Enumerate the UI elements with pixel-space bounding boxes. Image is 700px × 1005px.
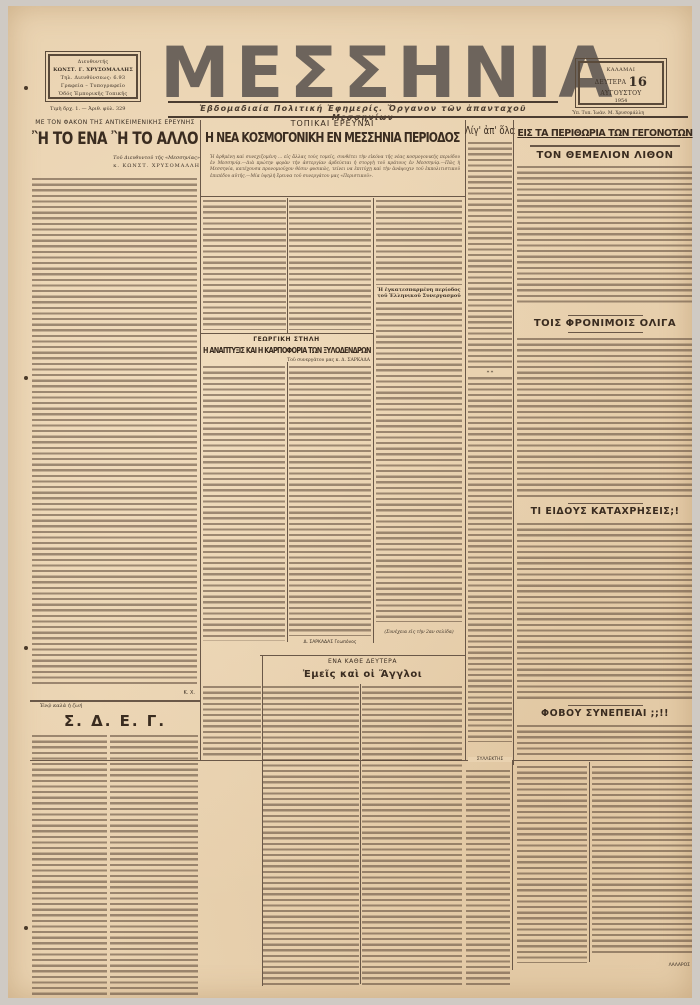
weekly-body-a (263, 686, 359, 986)
masthead-rule-bottom (168, 116, 688, 118)
masthead-title: ΜΕΣΣΗΝΙΑ (160, 42, 560, 104)
column-divider (200, 120, 201, 760)
col4-rule (568, 705, 643, 706)
publisher-phone: Τηλ. Διευθύνσεως: 6.93 (50, 74, 136, 82)
publisher-address: Ὁδός Ἐμπορικῆς Τοπικῆς (50, 90, 136, 98)
masthead-rule (168, 101, 558, 103)
weekly-kicker: ΕΝΑ ΚΑΘΕ ΔΕΥΤΕΡΑ (260, 658, 465, 665)
col2-sub-divider (287, 198, 288, 333)
month: ΑΥΓΟΥΣΤΟΥ (600, 90, 641, 97)
weekly-divider-v (360, 684, 361, 984)
column-divider (512, 760, 513, 970)
col4-rule (568, 332, 643, 333)
col2-lead: Ἡ ἀρθμένη καὶ συνεχιζομένη ... εἰς ἄλλας… (210, 155, 460, 180)
col4-bottom-b (592, 766, 692, 956)
col4-headline-4: ΤΙ ΕΙΔΟΥΣ ΚΑΤΑΧΡΗΣΕΙΣ;! (515, 506, 695, 517)
sdeg-headline: Σ. Δ. Ε. Γ. (60, 712, 170, 730)
col2-sub-divider (373, 198, 374, 643)
issue-price: Τιμὴ δρχ. 1. — Ἀριθ. φύλ. 329 (50, 106, 125, 112)
col2-kicker: ΤΟΠΙΚΑΙ ΕΡΕΥΝΑΙ (200, 119, 465, 128)
col1-byline-name: κ. ΚΩΝΣΤ. ΧΡΥΣΟΜΑΛΛΗ (105, 163, 200, 169)
col2-left-rule (262, 656, 263, 986)
col3-body (468, 142, 512, 742)
agri-byline: Τοῦ συνεργάτου μας κ. Δ. ΣΑΡΚΑΔΑ (230, 358, 370, 363)
publisher-box: Διευθυντής ΚΩΝΣΤ. Γ. ΧΡΥΣΟΜΑΛΛΗΣ Τηλ. Δι… (48, 54, 138, 99)
col4-headline-2: ΤΟΝ ΘΕΜΕΛΙΟΝ ΛΙΘΟΝ (515, 150, 695, 161)
col4-headline-3: ΤΟΙΣ ΦΡΟΝΙΜΟΙΣ ΟΛΙΓΑ (515, 318, 695, 329)
day-number: 16 (629, 75, 648, 90)
ornament: * * (468, 370, 512, 376)
col4-body-2 (517, 338, 692, 498)
col1-footer-label: Ἐνῷ καλὰ ἡ ζωή (40, 703, 82, 709)
col4-bottom-a (517, 766, 587, 963)
sdeg-body-right (110, 735, 198, 995)
col2-body-a (203, 200, 286, 330)
col4-body-1 (517, 166, 692, 306)
col4-body-3 (517, 523, 692, 701)
punch-hole (24, 646, 28, 650)
col1-headline: Ἢ ΤΟ ΕΝΑ Ἢ ΤΟ ΑΛΛΟ (32, 129, 198, 149)
date-box: ΚΑΛΑΜΑΙ ΔΕΥΤΕΡΑ 16 ΑΥΓΟΥΣΤΟΥ 1954 (578, 61, 664, 105)
weekly-headline: Ἐμεῖς καὶ οἱ Ἄγγλοι (260, 669, 465, 680)
col3-headline: Λίγ' ἀπ' ὅλα (465, 124, 515, 137)
col3-bottom (466, 770, 510, 985)
col4-bottom-rule (513, 760, 693, 761)
weekly-divider (260, 655, 465, 656)
col1-byline: Τοῦ Διευθυντοῦ τῆς «Μεσσηνίας» (105, 155, 200, 161)
continued-note: (Συνέχεια εἰς τὴν 2αν σελίδα) (376, 630, 462, 635)
publisher-office: Γραφεία – Τυπογραφεῖο (50, 82, 136, 90)
agri-headline: Η ΑΝΑΠΤΥΞΙΣ ΚΑΙ Η ΚΑΡΠΟΦΟΡΙΑ ΤΩΝ ΞΥΛΟΔΕΝ… (203, 346, 371, 355)
col2-lead-divider (200, 196, 465, 197)
agri-body-b (289, 366, 371, 636)
col1-signature: Κ. Χ. (150, 690, 195, 696)
col1-kicker: ΜΕ ΤΟΝ ΦΑΚΟΝ ΤΗΣ ΑΝΤΙΚΕΙΜΕΝΙΚΗΣ ΕΡΕΥΝΗΣ (30, 119, 200, 126)
col2-body-b (289, 200, 371, 330)
col4-rule (568, 503, 643, 504)
agri-body-a (203, 366, 285, 641)
punch-hole (24, 376, 28, 380)
col4-headline-5: ΦΟΒΟΥ ΣΥΝΕΠΕΙΑΙ ;;!! (515, 708, 695, 719)
printer-credit: Ὑπ. Τυπ. Ἰωάν. Μ. Χρυσομάλλη (572, 111, 644, 116)
publisher-label: Διευθυντής (50, 58, 136, 66)
col4-bottom-divider (589, 762, 590, 962)
col4-signature: ΛΑΛΑΡΟΣ (630, 963, 690, 968)
date-line: ΔΕΥΤΕΡΑ 16 ΑΥΓΟΥΣΤΟΥ (580, 75, 662, 97)
agri-signature: Δ. ΣΑΡΚΑΔΑΣ Γεωπόνος (289, 640, 371, 645)
column-divider (465, 120, 466, 760)
col4-headline-rule (530, 145, 680, 147)
col4-headline-1: ΕΙΣ ΤΑ ΠΕΡΙΘΩΡΙΑ ΤΩΝ ΓΕΓΟΝΟΤΩΝ (515, 128, 695, 139)
col3-signature: ΣΥΛΛΕΚΤΗΣ (468, 757, 512, 762)
publisher-name: ΚΩΝΣΤ. Γ. ΧΡΥΣΟΜΑΛΛΗΣ (50, 66, 136, 74)
city: ΚΑΛΑΜΑΙ (580, 67, 662, 73)
col2c-subhead: Ἡ ἐγκατεσπαρμένη περίοδος τοῦ Ἑλληνικοῦ … (376, 287, 462, 299)
weekday: ΔΕΥΤΕΡΑ (595, 79, 627, 86)
col4-rule (568, 315, 643, 316)
col2-headline: Η ΝΕΑ ΚΟΣΜΟΓΟΝΙΚΗ ΕΝ ΜΕΣΣΗΝΙΑ ΠΕΡΙΟΔΟΣ (205, 131, 460, 146)
column-divider (513, 120, 514, 765)
col4-body-4 (517, 725, 692, 755)
year: 1954 (580, 98, 662, 104)
col1-divider (30, 700, 200, 702)
col2c-body (376, 302, 462, 622)
col1-body-text (32, 178, 197, 686)
agri-kicker: ΓΕΩΡΓΙΚΗ ΣΤΗΛΗ (200, 336, 373, 343)
sdeg-body-left (32, 735, 107, 995)
weekly-body-b (362, 686, 462, 986)
punch-hole (24, 86, 28, 90)
col2c-body-top (376, 200, 462, 285)
agri-divider (287, 362, 288, 642)
col2-bottom-left (203, 686, 261, 756)
punch-hole (24, 926, 28, 930)
col2-section-divider (200, 333, 373, 334)
